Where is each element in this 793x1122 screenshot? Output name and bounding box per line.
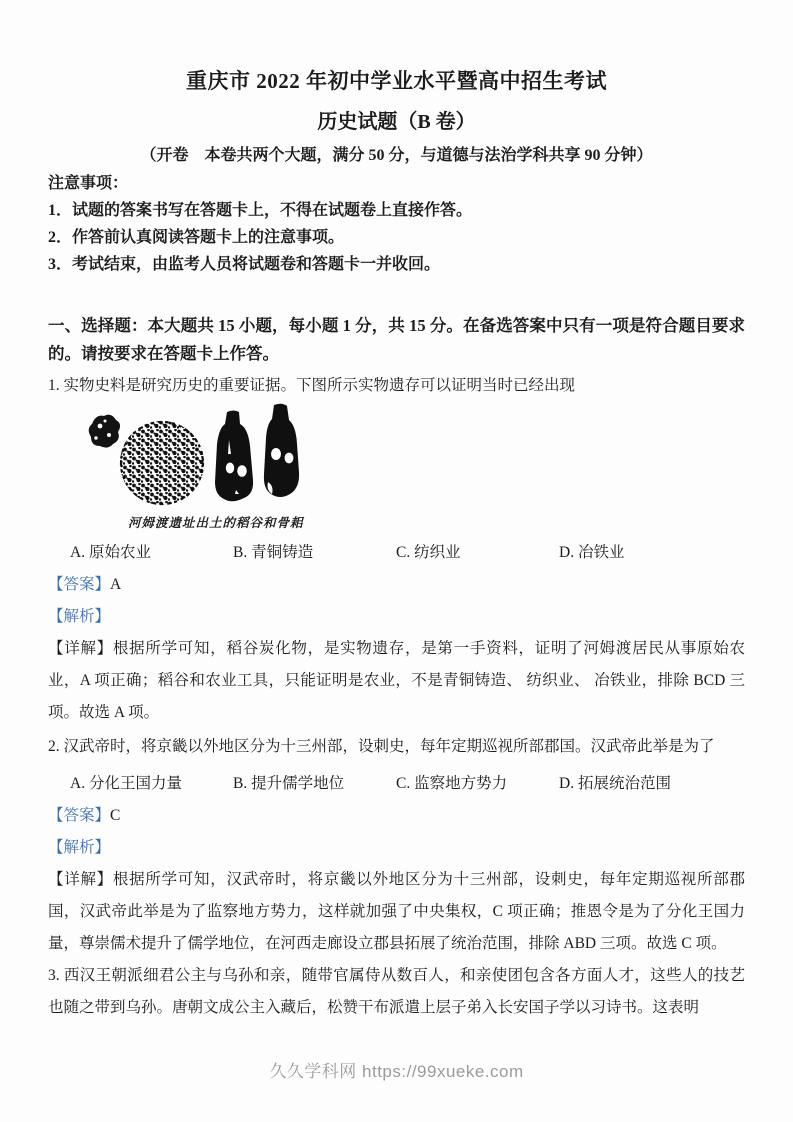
question-2-answer-line: 【答案】C (48, 800, 745, 832)
notice-item-3: 3．考试结束，由监考人员将试题卷和答题卡一并收回。 (48, 251, 745, 278)
notice-section: 注意事项： 1．试题的答案书写在答题卡上，不得在试题卷上直接作答。 2．作答前认… (48, 170, 745, 278)
analysis-label: 【解析】 (48, 608, 110, 625)
section-heading: 一、选择题：本大题共 15 小题，每小题 1 分，共 15 分。在备选答案中只有… (48, 312, 745, 368)
notice-item-2: 2．作答前认真阅读答题卡上的注意事项。 (48, 224, 745, 251)
question-1-option-b: B. 青铜铸造 (233, 537, 396, 569)
question-1-answer-line: 【答案】A (48, 569, 745, 601)
question-2-analysis-line: 【解析】 (48, 832, 745, 864)
question-2-option-a: A. 分化王国力量 (70, 768, 233, 800)
question-1-option-d: D. 冶铁业 (559, 537, 624, 569)
notice-heading: 注意事项： (48, 170, 745, 197)
question-1-analysis-line: 【解析】 (48, 601, 745, 633)
question-2-options: A. 分化王国力量B. 提升儒学地位C. 监察地方势力D. 拓展统治范围 (48, 768, 745, 800)
image-caption: 河姆渡遗址出土的稻谷和骨耜 (128, 514, 745, 532)
question-2-detail: 【详解】根据所学可知，汉武帝时，将京畿以外地区分为十三州部，设刺史，每年定期巡视… (48, 864, 745, 960)
question-1-option-a: A. 原始农业 (70, 537, 233, 569)
question-1-stem: 1. 实物史料是研究历史的重要证据。下图所示实物遗存可以证明当时已经出现 (48, 370, 745, 402)
question-1-detail: 【详解】根据所学可知，稻谷炭化物，是实物遗存，是第一手资料，证明了河姆渡居民从事… (48, 633, 745, 729)
analysis-label: 【解析】 (48, 839, 110, 856)
question-2-option-d: D. 拓展统治范围 (559, 768, 671, 800)
exam-page: 重庆市 2022 年初中学业水平暨高中招生考试 历史试题（B 卷） （开卷 本卷… (0, 0, 793, 1122)
site-footer: 久久学科网 https://99xueke.com (48, 1060, 745, 1084)
watermark-text: 久久学科网 https://99xueke.com (269, 1062, 523, 1081)
exam-title: 重庆市 2022 年初中学业水平暨高中招生考试 (48, 66, 745, 96)
question-1-answer: A (110, 576, 121, 593)
question-1-image: 河姆渡遗址出土的稻谷和骨耜 (78, 402, 745, 532)
question-2-stem: 2. 汉武帝时，将京畿以外地区分为十三州部，设刺史，每年定期巡视所部郡国。汉武帝… (48, 731, 745, 763)
exam-info: （开卷 本卷共两个大题，满分 50 分，与道德与法治学科共享 90 分钟） (48, 145, 745, 166)
exam-subtitle: 历史试题（B 卷） (48, 108, 745, 136)
rice-grains-circle-icon (120, 421, 204, 505)
question-2-option-c: C. 监察地方势力 (396, 768, 559, 800)
question-3-stem: 3. 西汉王朝派细君公主与乌孙和亲，随带官属侍从数百人，和亲使团包含各方面人才，… (48, 960, 745, 1024)
hemudu-artifacts-illustration (78, 402, 303, 512)
question-1-options: A. 原始农业B. 青铜铸造C. 纺织业D. 冶铁业 (48, 537, 745, 569)
answer-label: 【答案】 (48, 576, 110, 593)
question-1-option-c: C. 纺织业 (396, 537, 559, 569)
question-2-answer: C (110, 807, 120, 824)
question-2-option-b: B. 提升儒学地位 (233, 768, 396, 800)
bone-spade-right-icon (264, 404, 299, 497)
bone-spade-left-icon (215, 411, 253, 502)
notice-item-1: 1．试题的答案书写在答题卡上，不得在试题卷上直接作答。 (48, 197, 745, 224)
rice-heap-icon (89, 415, 120, 448)
answer-label: 【答案】 (48, 807, 110, 824)
